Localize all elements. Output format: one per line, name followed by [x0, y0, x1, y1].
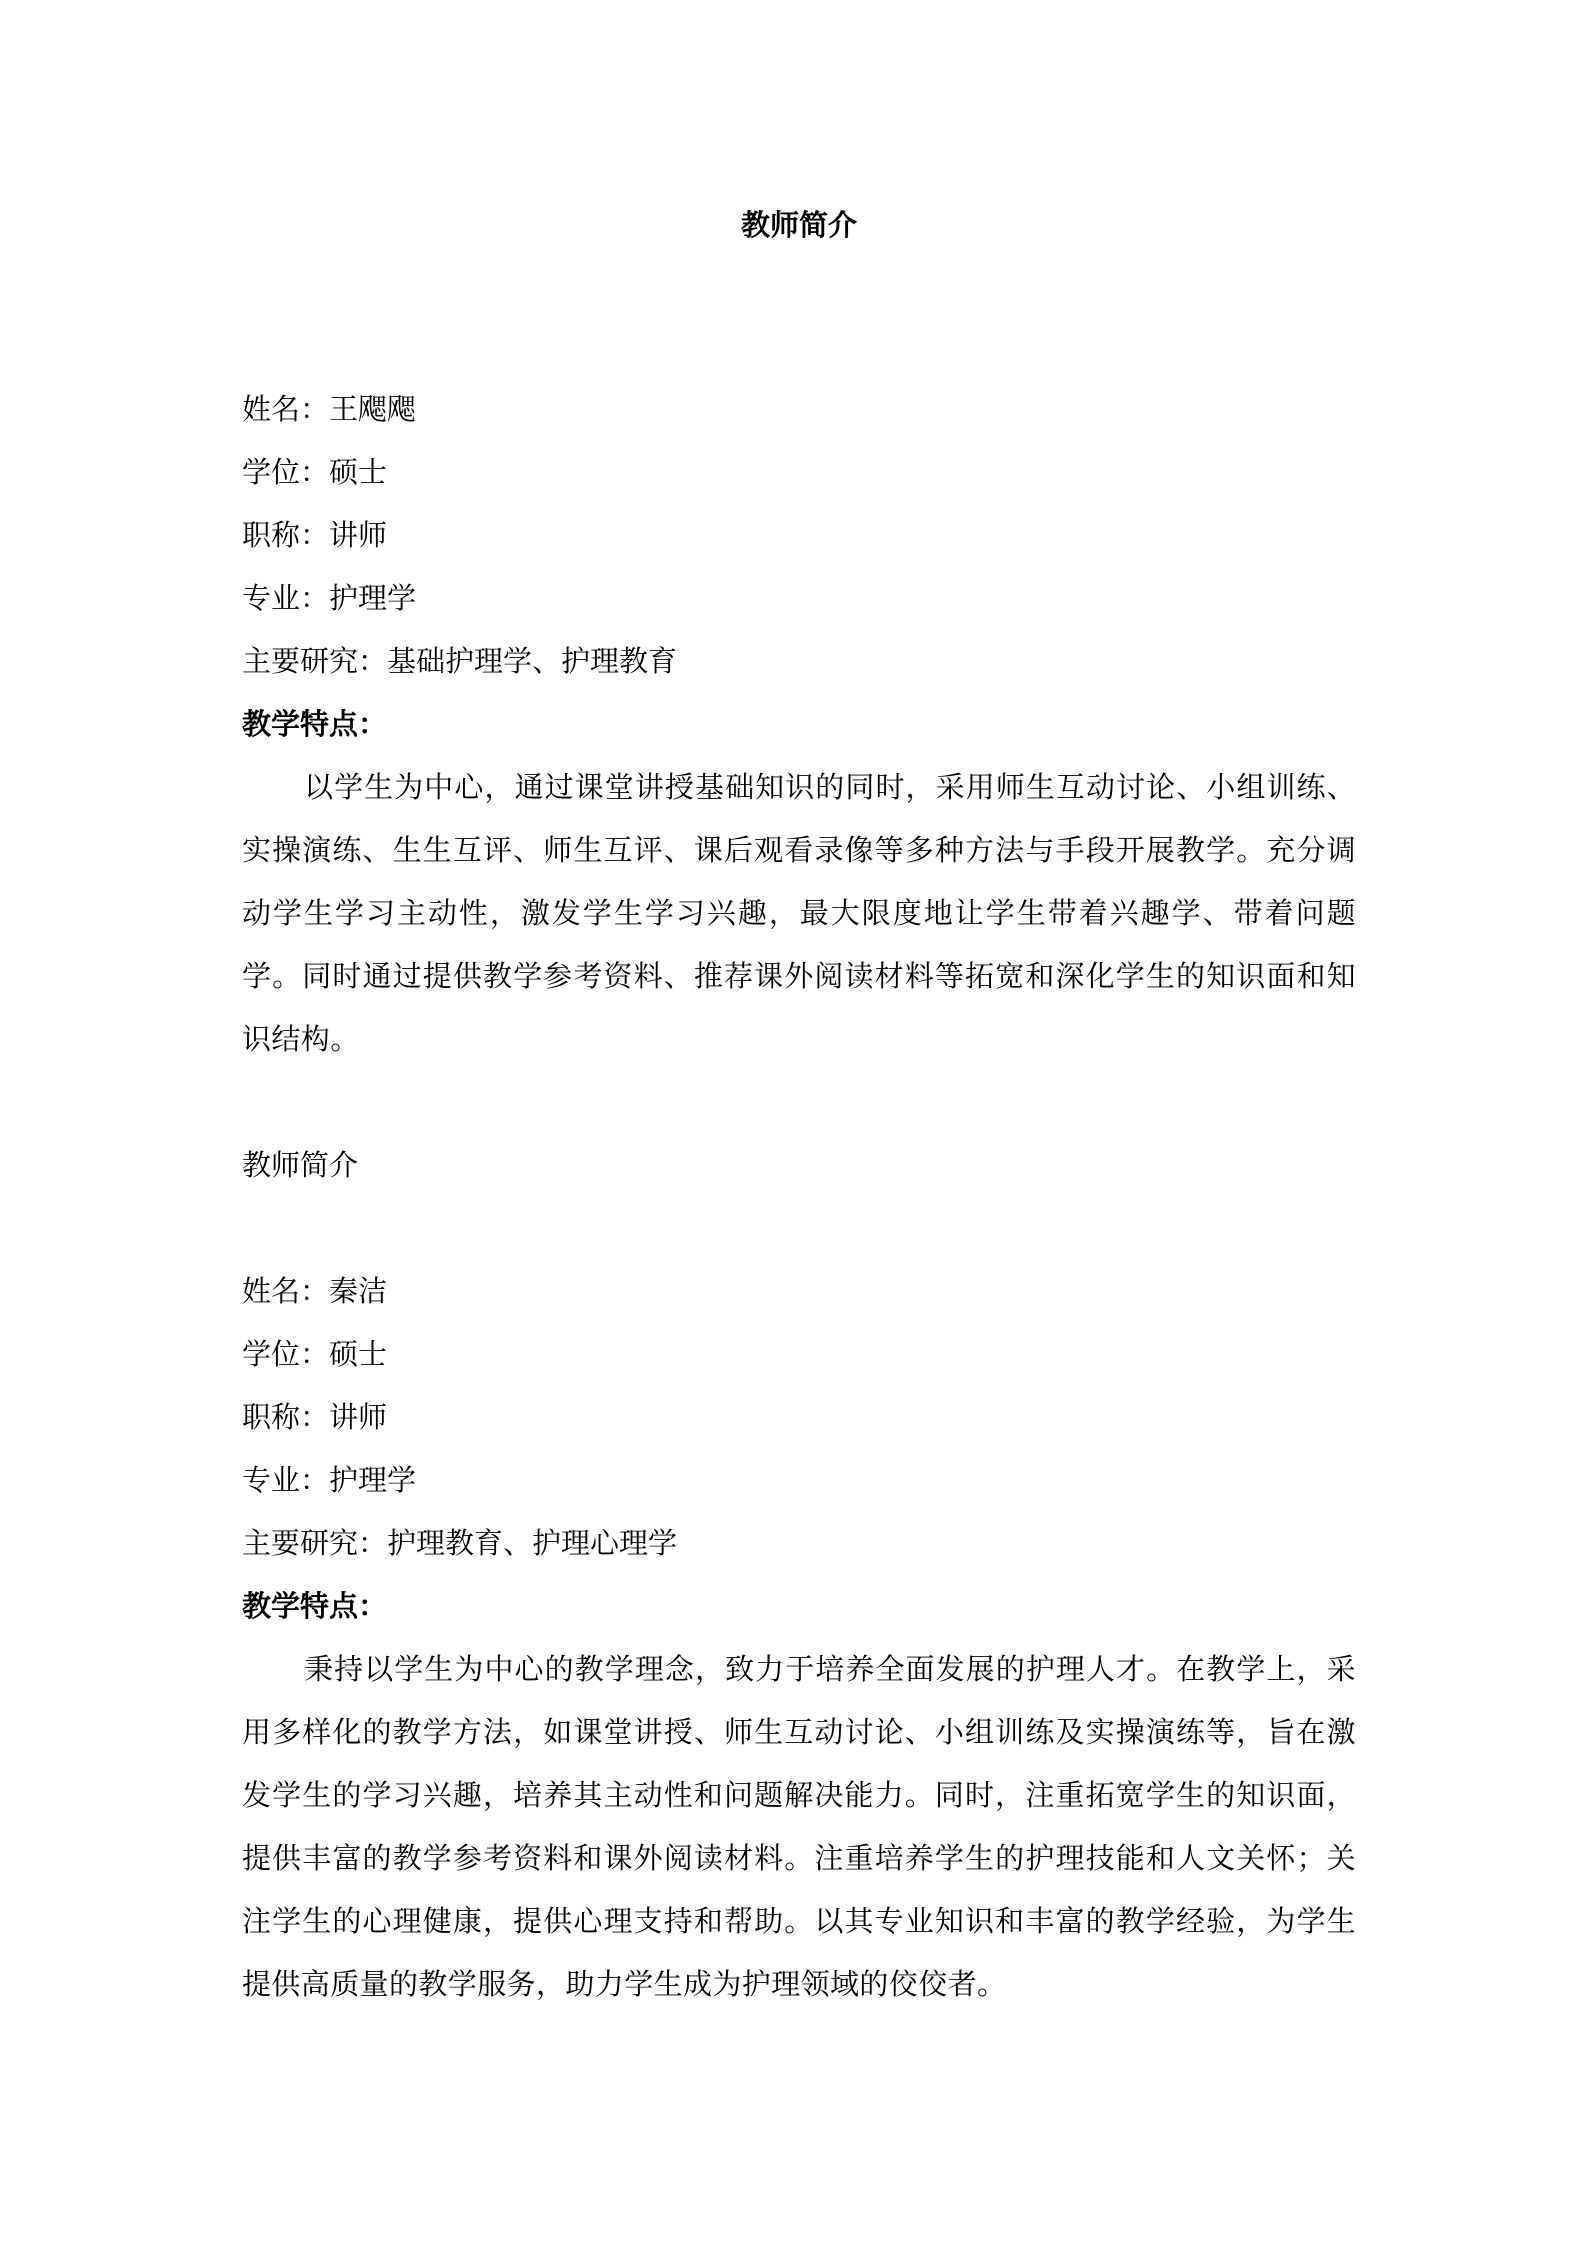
field-value: 王飔飔 — [329, 392, 416, 426]
degree-field: 学位：硕士 — [242, 441, 1356, 504]
section-title: 教师简介 — [242, 1134, 1356, 1197]
field-label: 职称： — [242, 1400, 329, 1434]
teaching-features-heading: 教学特点： — [242, 1575, 1356, 1638]
page-title: 教师简介 — [242, 205, 1356, 245]
field-label: 主要研究： — [242, 1526, 387, 1560]
spacer — [242, 1197, 1356, 1260]
field-label: 专业： — [242, 1463, 329, 1497]
field-label: 姓名： — [242, 1274, 329, 1308]
name-field: 姓名：秦洁 — [242, 1260, 1356, 1323]
field-label: 学位： — [242, 1337, 329, 1371]
research-field: 主要研究：基础护理学、护理教育 — [242, 630, 1356, 693]
teaching-features-text: 秉持以学生为中心的教学理念，致力于培养全面发展的护理人才。在教学上，采用多样化的… — [242, 1638, 1356, 2016]
field-value: 硕士 — [329, 455, 387, 489]
field-label: 职称： — [242, 518, 329, 552]
field-label: 姓名： — [242, 392, 329, 426]
research-field: 主要研究：护理教育、护理心理学 — [242, 1512, 1356, 1575]
field-value: 秦洁 — [329, 1274, 387, 1308]
field-value: 护理学 — [329, 581, 416, 615]
field-value: 护理学 — [329, 1463, 416, 1497]
field-value: 护理教育、护理心理学 — [387, 1526, 677, 1560]
field-label: 专业： — [242, 581, 329, 615]
field-label: 主要研究： — [242, 644, 387, 678]
field-value: 硕士 — [329, 1337, 387, 1371]
teacher-profile-1: 姓名：王飔飔 学位：硕士 职称：讲师 专业：护理学 主要研究：基础护理学、护理教… — [242, 378, 1356, 1071]
major-field: 专业：护理学 — [242, 567, 1356, 630]
teacher-profile-2: 教师简介 姓名：秦洁 学位：硕士 职称：讲师 专业：护理学 主要研究：护理教育、… — [242, 1134, 1356, 2016]
title-field: 职称：讲师 — [242, 504, 1356, 567]
field-value: 讲师 — [329, 1400, 387, 1434]
field-value: 基础护理学、护理教育 — [387, 644, 677, 678]
major-field: 专业：护理学 — [242, 1449, 1356, 1512]
teaching-features-text: 以学生为中心，通过课堂讲授基础知识的同时，采用师生互动讨论、小组训练、实操演练、… — [242, 756, 1356, 1071]
name-field: 姓名：王飔飔 — [242, 378, 1356, 441]
field-label: 学位： — [242, 455, 329, 489]
field-value: 讲师 — [329, 518, 387, 552]
degree-field: 学位：硕士 — [242, 1323, 1356, 1386]
title-field: 职称：讲师 — [242, 1386, 1356, 1449]
teaching-features-heading: 教学特点： — [242, 693, 1356, 756]
